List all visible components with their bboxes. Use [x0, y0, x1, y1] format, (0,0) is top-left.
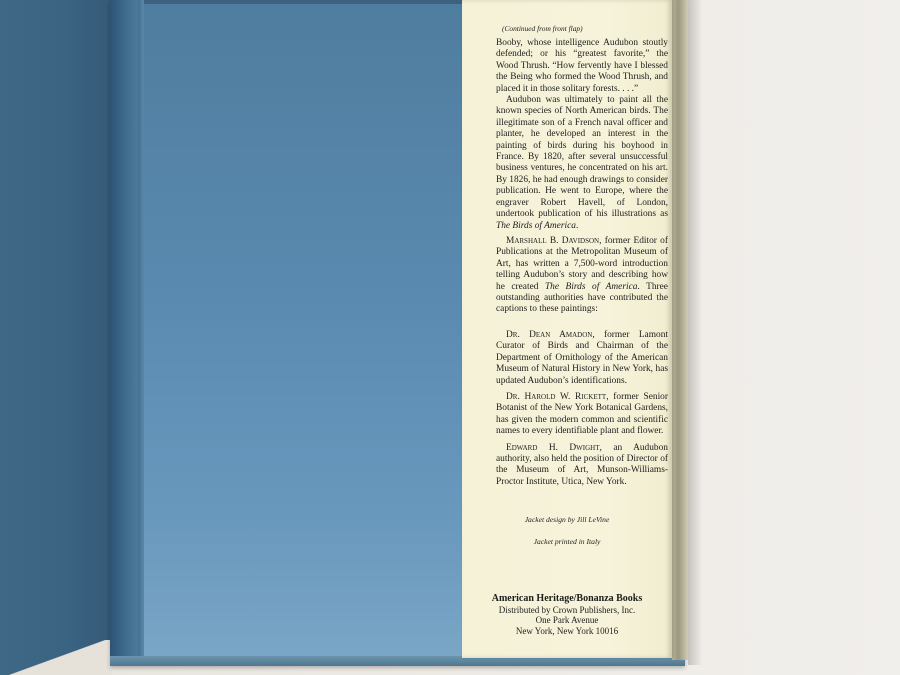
- jacket-design-credit: Jacket design by Jill LeVine: [462, 515, 672, 524]
- davidson-book-title: The Birds of America: [545, 282, 637, 292]
- book-title: The Birds of America: [496, 221, 576, 231]
- dwight-name: Edward H. Dwight: [506, 443, 600, 453]
- publisher-block: American Heritage/Bonanza Books Distribu…: [462, 594, 672, 636]
- rickett-name: Dr. Harold W. Rickett: [506, 392, 606, 402]
- dwight-paragraph: Edward H. Dwight, an Audubon authority, …: [496, 443, 668, 489]
- dust-jacket-flap: (Continued from front flap) Booby, whose…: [462, 0, 672, 658]
- flap-body-authors: Marshall B. Davidson, former Editor of P…: [496, 236, 668, 316]
- paragraph-1: Booby, whose intelligence Audubon stoutl…: [496, 38, 668, 95]
- continued-note: (Continued from front flap): [502, 24, 583, 33]
- davidson-paragraph: Marshall B. Davidson, former Editor of P…: [496, 236, 668, 316]
- paragraph-2-end: .: [576, 221, 578, 231]
- amadon-name: Dr. Dean Amadon: [506, 330, 592, 340]
- paragraph-2: Audubon was ultimately to paint all the …: [496, 95, 668, 232]
- davidson-name: Marshall B. Davidson: [506, 236, 599, 246]
- jacket-printed-credit: Jacket printed in Italy: [462, 537, 672, 546]
- spine-strip: [110, 0, 138, 666]
- paragraph-2-text: Audubon was ultimately to paint all the …: [496, 95, 668, 219]
- rickett-paragraph: Dr. Harold W. Rickett, former Senior Bot…: [496, 392, 668, 438]
- flap-edge: [672, 0, 688, 660]
- flap-shadow: [688, 0, 702, 665]
- amadon-paragraph: Dr. Dean Amadon, former Lamont Curator o…: [496, 330, 668, 387]
- table-corner: [0, 640, 112, 675]
- flap-body-contributors: Dr. Dean Amadon, former Lamont Curator o…: [496, 330, 668, 488]
- address-line-2: New York, New York 10016: [462, 626, 672, 637]
- book-board-left: [0, 0, 112, 675]
- publisher-name: American Heritage/Bonanza Books: [462, 594, 672, 605]
- flap-body-top: Booby, whose intelligence Audubon stoutl…: [496, 38, 668, 232]
- address-line-1: One Park Avenue: [462, 615, 672, 626]
- distributor: Distributed by Crown Publishers, Inc.: [462, 605, 672, 616]
